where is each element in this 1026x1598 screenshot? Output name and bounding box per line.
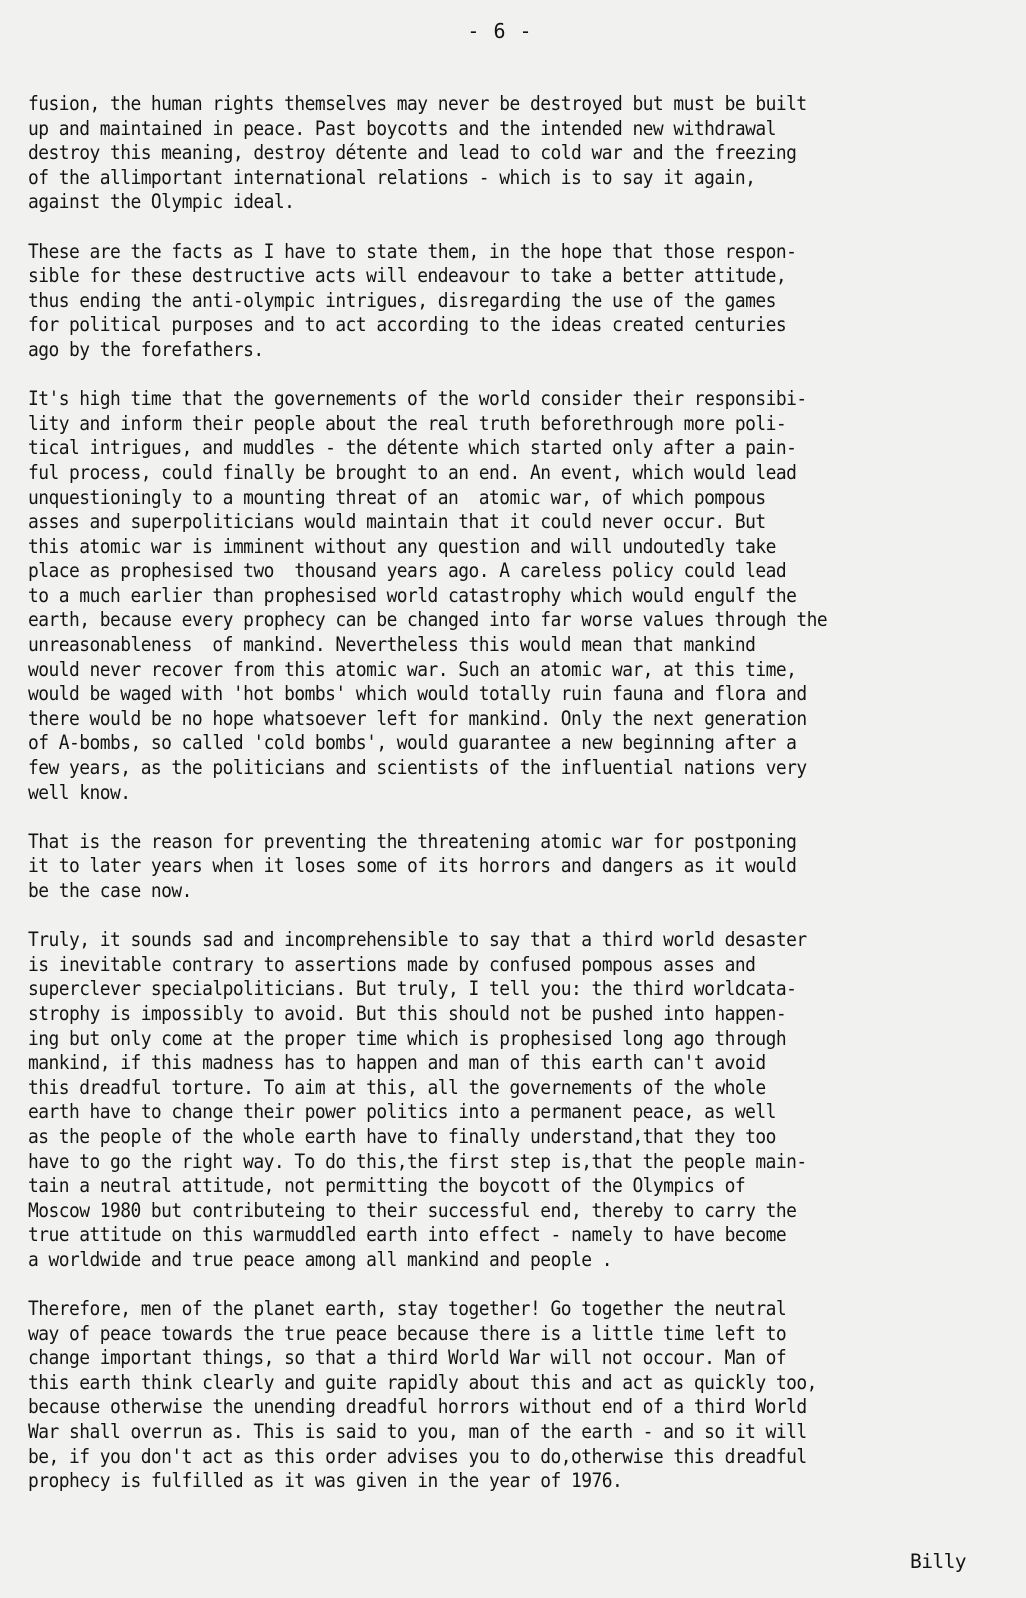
text-line: this earth think clearly and guite rapid… <box>28 1371 934 1396</box>
text-line: because otherwise the unending dreadful … <box>28 1395 934 1420</box>
text-line: change important things, so that a third… <box>28 1346 934 1371</box>
text-line: way of peace towards the true peace beca… <box>28 1322 934 1347</box>
text-line: few years, as the politicians and scient… <box>28 756 934 781</box>
text-line: be the case now. <box>28 879 934 904</box>
text-line: place as prophesised two thousand years … <box>28 559 934 584</box>
text-line: Truly, it sounds sad and incomprehensibl… <box>28 928 934 953</box>
text-line: well know. <box>28 781 934 806</box>
text-line: it to later years when it loses some of … <box>28 854 934 879</box>
text-line: ing but only come at the proper time whi… <box>28 1027 934 1052</box>
text-line: would never recover from this atomic war… <box>28 658 934 683</box>
text-line: unquestioningly to a mounting threat of … <box>28 486 934 511</box>
text-line: lity and inform their people about the r… <box>28 412 934 437</box>
text-line: That is the reason for preventing the th… <box>28 830 934 855</box>
text-line: thus ending the anti-olympic intrigues, … <box>28 289 934 314</box>
text-line: asses and superpoliticians would maintai… <box>28 510 934 535</box>
text-line: strophy is impossibly to avoid. But this… <box>28 1002 934 1027</box>
paragraph-2: These are the facts as I have to state t… <box>28 240 1018 363</box>
text-line: earth have to change their power politic… <box>28 1100 934 1125</box>
text-line: prophecy is fulfilled as it was given in… <box>28 1469 934 1494</box>
text-line: These are the facts as I have to state t… <box>28 240 934 265</box>
paragraph-1: fusion, the human rights themselves may … <box>28 92 1018 215</box>
text-line: have to go the right way. To do this,the… <box>28 1150 934 1175</box>
text-line: would be waged with 'hot bombs' which wo… <box>28 682 934 707</box>
paragraph-5: Truly, it sounds sad and incomprehensibl… <box>28 928 1018 1272</box>
text-line: of the allimportant international relati… <box>28 166 934 191</box>
text-line: earth, because every prophecy can be cha… <box>28 608 934 633</box>
text-line: as the people of the whole earth have to… <box>28 1125 934 1150</box>
text-line: superclever specialpoliticians. But trul… <box>28 977 934 1002</box>
text-line: fusion, the human rights themselves may … <box>28 92 934 117</box>
text-line: Moscow 1980 but contributeing to their s… <box>28 1199 934 1224</box>
text-line: War shall overrun as. This is said to yo… <box>28 1420 934 1445</box>
text-line: a worldwide and true peace among all man… <box>28 1248 934 1273</box>
text-line: of A-bombs, so called 'cold bombs', woul… <box>28 731 934 756</box>
text-line: tain a neutral attitude, not permitting … <box>28 1174 934 1199</box>
text-line: true attitude on this warmuddled earth i… <box>28 1223 934 1248</box>
text-line: ful process, could finally be brought to… <box>28 461 934 486</box>
text-line: destroy this meaning, destroy détente an… <box>28 141 934 166</box>
text-line: tical intrigues, and muddles - the déten… <box>28 436 934 461</box>
signature: Billy <box>910 1550 966 1575</box>
paragraph-3: It's high time that the governements of … <box>28 387 1018 805</box>
text-line: this dreadful torture. To aim at this, a… <box>28 1076 934 1101</box>
page-number: - 6 - <box>0 18 1000 44</box>
text-line: to a much earlier than prophesised world… <box>28 584 934 609</box>
text-line: up and maintained in peace. Past boycott… <box>28 117 934 142</box>
document-page: - 6 - fusion, the human rights themselve… <box>0 0 1026 1598</box>
document-body: fusion, the human rights themselves may … <box>28 92 1018 1518</box>
paragraph-4: That is the reason for preventing the th… <box>28 830 1018 904</box>
text-line: It's high time that the governements of … <box>28 387 934 412</box>
text-line: this atomic war is imminent without any … <box>28 535 934 560</box>
paragraph-6: Therefore, men of the planet earth, stay… <box>28 1297 1018 1494</box>
text-line: is inevitable contrary to assertions mad… <box>28 953 934 978</box>
text-line: be, if you don't act as this order advis… <box>28 1445 934 1470</box>
text-line: ago by the forefathers. <box>28 338 934 363</box>
text-line: Therefore, men of the planet earth, stay… <box>28 1297 934 1322</box>
text-line: there would be no hope whatsoever left f… <box>28 707 934 732</box>
text-line: sible for these destructive acts will en… <box>28 264 934 289</box>
text-line: for political purposes and to act accord… <box>28 313 934 338</box>
text-line: against the Olympic ideal. <box>28 190 934 215</box>
text-line: mankind, if this madness has to happen a… <box>28 1051 934 1076</box>
text-line: unreasonableness of mankind. Nevertheles… <box>28 633 934 658</box>
